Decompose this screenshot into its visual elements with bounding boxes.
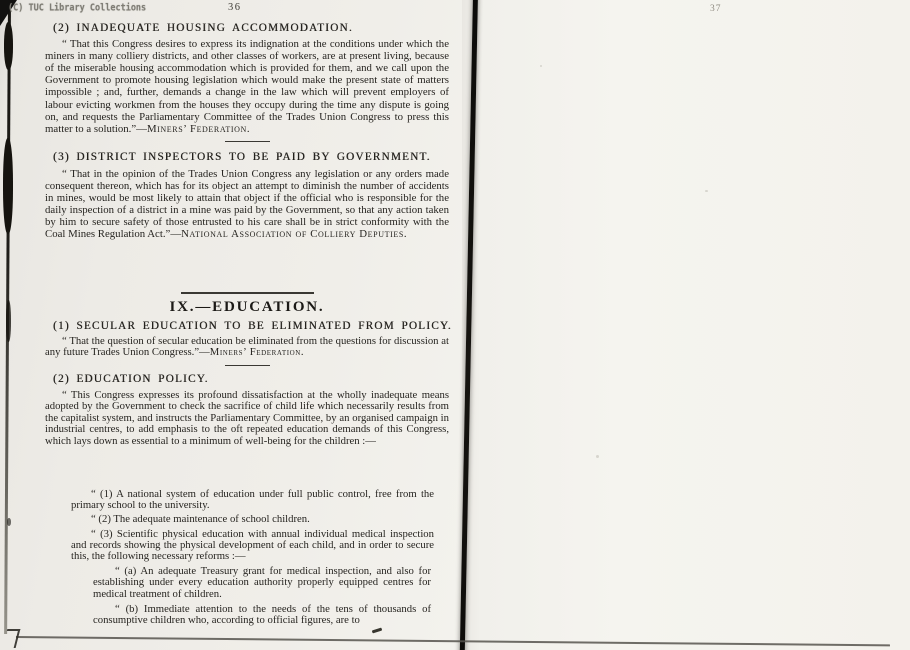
paragraph-education-policy: “ This Congress expresses its profound d… [45, 390, 449, 448]
left-page-text-education: IX.—EDUCATION. (1) SECULAR EDUCATION TO … [45, 292, 449, 447]
separator-rule [225, 141, 270, 143]
list-item-3: “ (3) Scientific physical education with… [71, 529, 434, 563]
paragraph-secular: “ That the question of secular education… [45, 336, 449, 359]
paper-speck [705, 190, 708, 192]
page-number-left: 36 [228, 2, 242, 13]
heading-secular-education: (1) SECULAR EDUCATION TO BE ELIMINATED F… [53, 321, 449, 333]
page-number-right: 37 [710, 4, 722, 14]
list-item-1: “ (1) A national system of education und… [71, 489, 434, 511]
paper-speck [540, 65, 542, 67]
paragraph-housing: “ That this Congress desires to express … [45, 38, 449, 135]
separator-rule-long [181, 292, 314, 294]
right-page [462, 0, 910, 650]
left-page-text-upper: (2) INADEQUATE HOUSING ACCOMMODATION. “ … [45, 13, 449, 240]
binding-blob [6, 300, 11, 342]
heading-district-inspectors: (3) DISTRICT INSPECTORS TO BE PAID BY GO… [53, 151, 449, 163]
list-item-2: “ (2) The adequate maintenance of school… [71, 514, 434, 525]
book-scan: (C) TUC Library Collections 36 37 (2) IN… [0, 0, 910, 650]
list-subitem-b: “ (b) Immediate attention to the needs o… [93, 604, 431, 626]
attribution-miners-federation: Miners’ Federation. [147, 123, 250, 135]
heading-housing-accommodation: (2) INADEQUATE HOUSING ACCOMMODATION. [53, 22, 449, 34]
left-page-text-list: “ (1) A national system of education und… [45, 489, 449, 626]
paragraph-housing-body: “ That this Congress desires to express … [45, 38, 449, 135]
list-subitem-a: “ (a) An adequate Treasury grant for med… [93, 566, 431, 600]
attribution-miners-federation-2: Miners’ Federation. [210, 346, 304, 358]
paper-speck [596, 455, 599, 458]
binding-blob [7, 518, 11, 526]
separator-rule [225, 365, 270, 367]
heading-education-policy: (2) EDUCATION POLICY. [53, 374, 449, 386]
chapter-heading-education: IX.—EDUCATION. [45, 302, 449, 314]
paragraph-inspectors: “ That in the opinion of the Trades Unio… [45, 168, 449, 241]
binding-blob [4, 22, 13, 70]
binding-blob [3, 138, 13, 234]
attribution-colliery-deputies: National Association of Colliery Deputie… [181, 228, 407, 240]
